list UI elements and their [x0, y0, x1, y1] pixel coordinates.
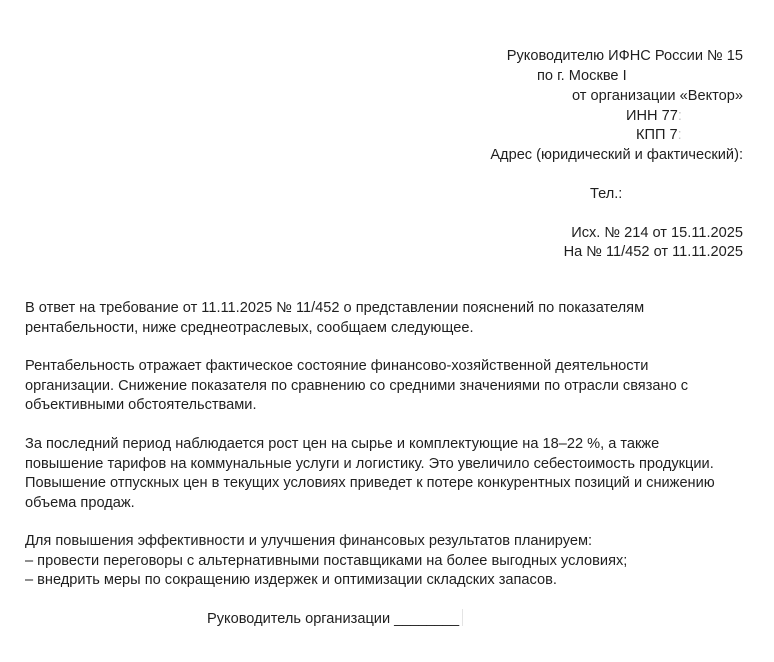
- outgoing-number: Исх. № 214 от 15.11.2025: [571, 224, 743, 243]
- inn-label: ИНН 77: [626, 108, 678, 124]
- signature-line: Руководитель организации ________: [207, 609, 463, 629]
- paragraph-line: организации. Снижение показателя по срав…: [25, 377, 765, 397]
- reply-to-number: На № 11/452 от 11.11.2025: [564, 243, 743, 262]
- paragraph-line: В ответ на требование от 11.11.2025 № 11…: [25, 299, 765, 319]
- signature-label: Руководитель организации: [207, 611, 390, 627]
- paragraph-line: За последний период наблюдается рост цен…: [25, 435, 765, 455]
- recipient-city: по г. Москве: [537, 68, 619, 84]
- inn-truncated: :: [678, 108, 682, 124]
- paragraph-3: За последний период наблюдается рост цен…: [25, 435, 765, 513]
- phone-line: Тел.:: [590, 185, 622, 204]
- paragraph-line: Для повышения эффективности и улучшения …: [25, 532, 765, 552]
- kpp-line: КПП 7:: [636, 126, 682, 145]
- list-item: – внедрить меры по сокращению издержек и…: [25, 571, 765, 591]
- paragraph-line: объективными обстоятельствами.: [25, 396, 765, 416]
- text-cursor: [462, 609, 463, 626]
- kpp-label: КПП 7: [636, 127, 678, 143]
- paragraph-1: В ответ на требование от 11.11.2025 № 11…: [25, 299, 765, 338]
- sender-organization: от организации «Вектор»: [572, 87, 743, 106]
- recipient-line-2: по г. Москве I: [537, 67, 627, 86]
- paragraph-line: повышение тарифов на коммунальные услуги…: [25, 455, 765, 475]
- recipient-line-1: Руководителю ИФНС России № 15: [507, 47, 743, 66]
- paragraph-2: Рентабельность отражает фактическое сост…: [25, 357, 765, 416]
- paragraph-line: Рентабельность отражает фактическое сост…: [25, 357, 765, 377]
- signature-blank: ________: [394, 611, 459, 627]
- address-line: Адрес (юридический и фактический):: [490, 146, 743, 165]
- paragraph-line: Повышение отпускных цен в текущих услови…: [25, 474, 765, 494]
- recipient-truncated: I: [623, 68, 627, 84]
- paragraph-4: Для повышения эффективности и улучшения …: [25, 532, 765, 591]
- inn-line: ИНН 77:: [626, 107, 682, 126]
- list-item: – провести переговоры с альтернативными …: [25, 552, 765, 572]
- kpp-truncated: :: [678, 127, 682, 143]
- paragraph-line: рентабельности, ниже среднеотраслевых, с…: [25, 319, 765, 339]
- paragraph-line: объема продаж.: [25, 494, 765, 514]
